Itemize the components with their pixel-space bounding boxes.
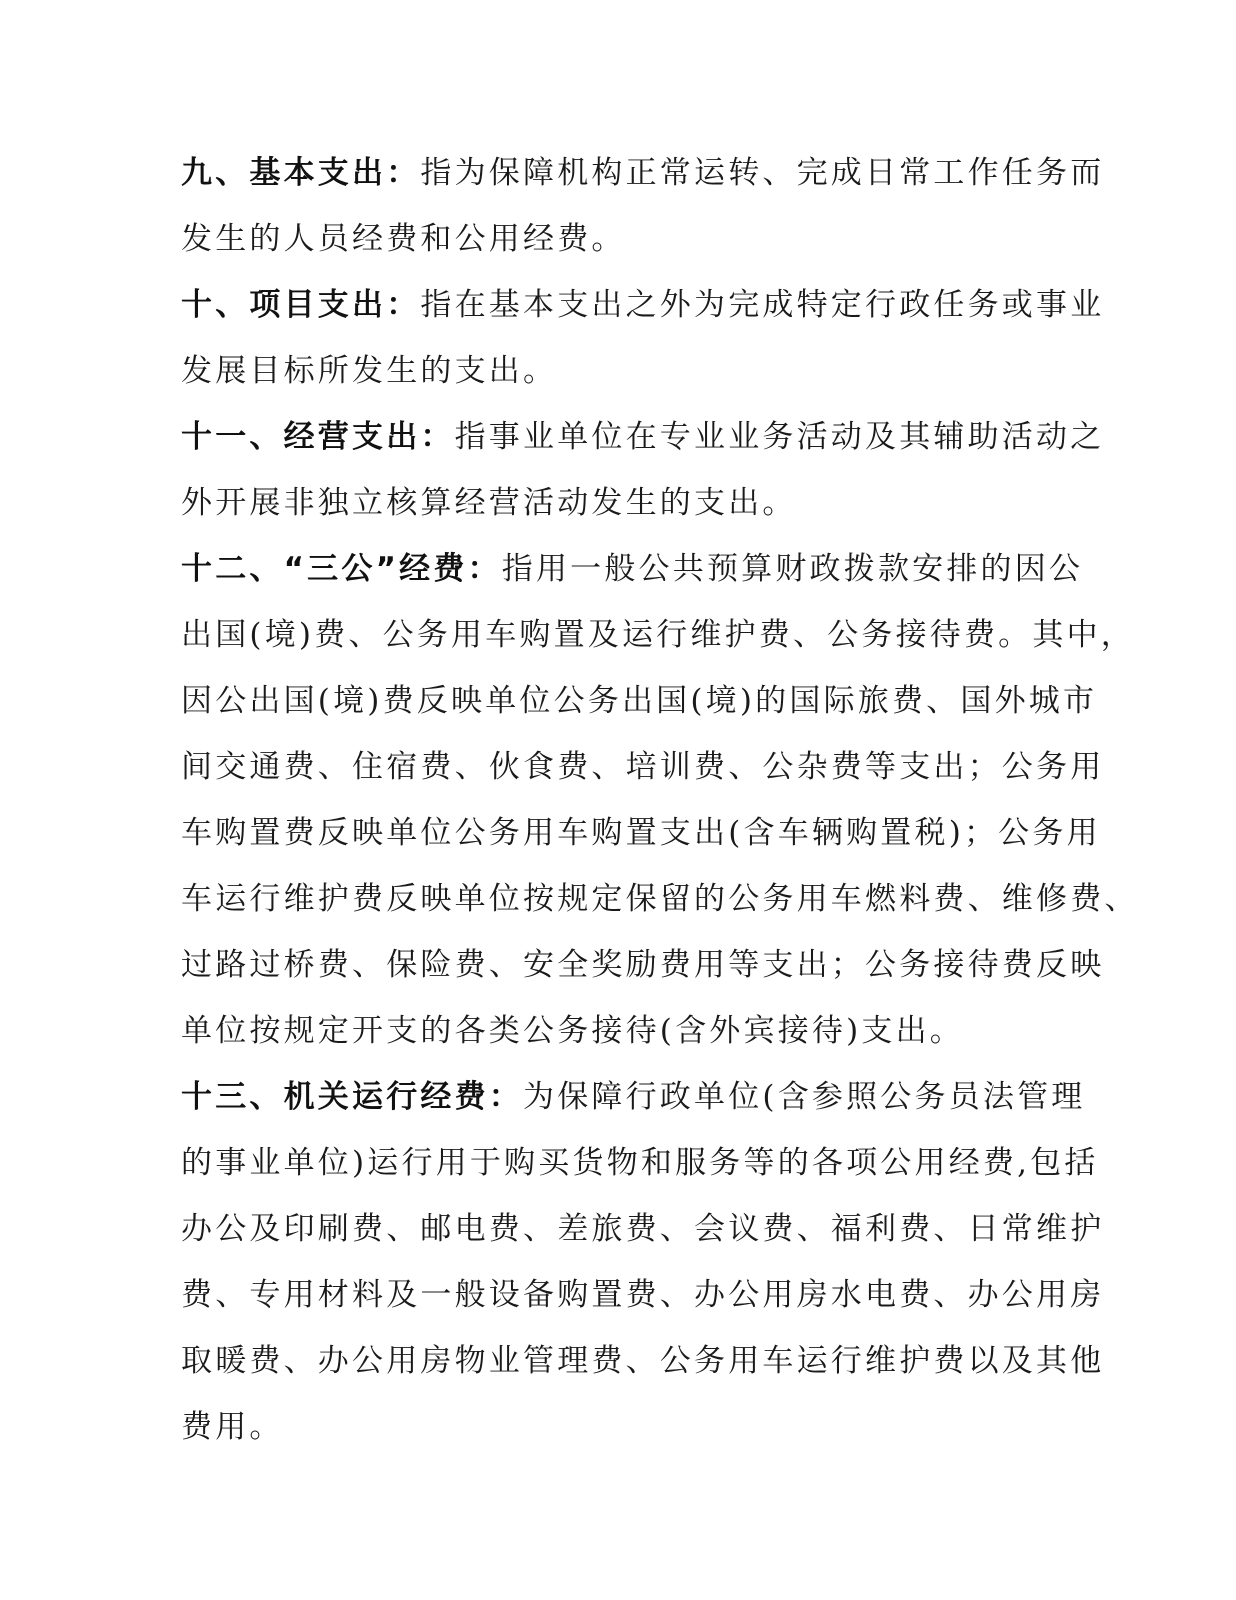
paragraph-text: 费、专用材料及一般设备购置费、办公用房水电费、办公用房 bbox=[181, 1277, 1104, 1313]
paragraph-text: 车运行维护费反映单位按规定保留的公务用车燃料费、维修费、 bbox=[181, 881, 1139, 917]
paragraph-line: 车购置费反映单位公务用车购置支出(含车辆购置税)；公务用 bbox=[181, 810, 1041, 876]
paragraph-line: 十一、经营支出：指事业单位在专业业务活动及其辅助活动之 bbox=[181, 414, 1041, 480]
paragraph-text: 指在基本支出之外为完成特定行政任务或事业 bbox=[420, 287, 1104, 323]
paragraph-text: 过路过桥费、保险费、安全奖励费用等支出；公务接待费反映 bbox=[181, 947, 1104, 983]
paragraph-text: 单位按规定开支的各类公务接待(含外宾接待)支出。 bbox=[181, 1013, 964, 1049]
paragraph-line: 出国(境)费、公务用车购置及运行维护费、公务接待费。其中， bbox=[181, 612, 1041, 678]
paragraph-line: 费用。 bbox=[181, 1404, 1041, 1470]
section-three-public-expenses: 十二、“三公”经费：指用一般公共预算财政拨款安排的因公 出国(境)费、公务用车购… bbox=[181, 546, 1041, 1074]
paragraph-text: 出国(境)费、公务用车购置及运行维护费、公务接待费。其中， bbox=[181, 617, 1135, 653]
paragraph-text: 因公出国(境)费反映单位公务出国(境)的国际旅费、国外城市 bbox=[181, 683, 1097, 719]
section-term: 十、项目支出： bbox=[181, 287, 420, 323]
paragraph-line: 十三、机关运行经费：为保障行政单位(含参照公务员法管理 bbox=[181, 1074, 1041, 1140]
section-basic-expenditure: 九、基本支出：指为保障机构正常运转、完成日常工作任务而 发生的人员经费和公用经费… bbox=[181, 150, 1041, 282]
paragraph-line: 取暖费、办公用房物业管理费、公务用车运行维护费以及其他 bbox=[181, 1338, 1041, 1404]
section-term: 十一、经营支出： bbox=[181, 419, 455, 455]
paragraph-text: 费用。 bbox=[181, 1409, 284, 1445]
section-project-expenditure: 十、项目支出：指在基本支出之外为完成特定行政任务或事业 发展目标所发生的支出。 bbox=[181, 282, 1041, 414]
paragraph-text: 办公及印刷费、邮电费、差旅费、会议费、福利费、日常维护 bbox=[181, 1211, 1104, 1247]
paragraph-line: 发展目标所发生的支出。 bbox=[181, 348, 1041, 414]
section-operating-expenditure: 十一、经营支出：指事业单位在专业业务活动及其辅助活动之 外开展非独立核算经营活动… bbox=[181, 414, 1041, 546]
paragraph-text: 车购置费反映单位公务用车购置支出(含车辆购置税)；公务用 bbox=[181, 815, 1101, 851]
paragraph-text: 的事业单位)运行用于购买货物和服务等的各项公用经费,包括 bbox=[181, 1145, 1099, 1181]
paragraph-text: 间交通费、住宿费、伙食费、培训费、公杂费等支出；公务用 bbox=[181, 749, 1104, 785]
paragraph-line: 十二、“三公”经费：指用一般公共预算财政拨款安排的因公 bbox=[181, 546, 1041, 612]
section-term: 十二、“三公”经费： bbox=[181, 551, 502, 587]
paragraph-text: 发生的人员经费和公用经费。 bbox=[181, 221, 626, 257]
section-term: 九、基本支出： bbox=[181, 155, 420, 191]
section-agency-operating-costs: 十三、机关运行经费：为保障行政单位(含参照公务员法管理 的事业单位)运行用于购买… bbox=[181, 1074, 1041, 1470]
paragraph-line: 的事业单位)运行用于购买货物和服务等的各项公用经费,包括 bbox=[181, 1140, 1041, 1206]
paragraph-text: 指用一般公共预算财政拨款安排的因公 bbox=[502, 551, 1083, 587]
paragraph-text: 外开展非独立核算经营活动发生的支出。 bbox=[181, 485, 797, 521]
paragraph-text: 发展目标所发生的支出。 bbox=[181, 353, 557, 389]
paragraph-text: 取暖费、办公用房物业管理费、公务用车运行维护费以及其他 bbox=[181, 1343, 1104, 1379]
paragraph-line: 发生的人员经费和公用经费。 bbox=[181, 216, 1041, 282]
paragraph-line: 九、基本支出：指为保障机构正常运转、完成日常工作任务而 bbox=[181, 150, 1041, 216]
paragraph-line: 间交通费、住宿费、伙食费、培训费、公杂费等支出；公务用 bbox=[181, 744, 1041, 810]
paragraph-line: 车运行维护费反映单位按规定保留的公务用车燃料费、维修费、 bbox=[181, 876, 1041, 942]
paragraph-line: 外开展非独立核算经营活动发生的支出。 bbox=[181, 480, 1041, 546]
paragraph-text: 为保障行政单位(含参照公务员法管理 bbox=[523, 1079, 1086, 1115]
paragraph-line: 单位按规定开支的各类公务接待(含外宾接待)支出。 bbox=[181, 1008, 1041, 1074]
document-page: 九、基本支出：指为保障机构正常运转、完成日常工作任务而 发生的人员经费和公用经费… bbox=[181, 150, 1041, 1470]
paragraph-line: 因公出国(境)费反映单位公务出国(境)的国际旅费、国外城市 bbox=[181, 678, 1041, 744]
paragraph-line: 费、专用材料及一般设备购置费、办公用房水电费、办公用房 bbox=[181, 1272, 1041, 1338]
paragraph-line: 办公及印刷费、邮电费、差旅费、会议费、福利费、日常维护 bbox=[181, 1206, 1041, 1272]
paragraph-line: 过路过桥费、保险费、安全奖励费用等支出；公务接待费反映 bbox=[181, 942, 1041, 1008]
paragraph-text: 指事业单位在专业业务活动及其辅助活动之 bbox=[455, 419, 1105, 455]
section-term: 十三、机关运行经费： bbox=[181, 1079, 523, 1115]
paragraph-line: 十、项目支出：指在基本支出之外为完成特定行政任务或事业 bbox=[181, 282, 1041, 348]
paragraph-text: 指为保障机构正常运转、完成日常工作任务而 bbox=[420, 155, 1104, 191]
